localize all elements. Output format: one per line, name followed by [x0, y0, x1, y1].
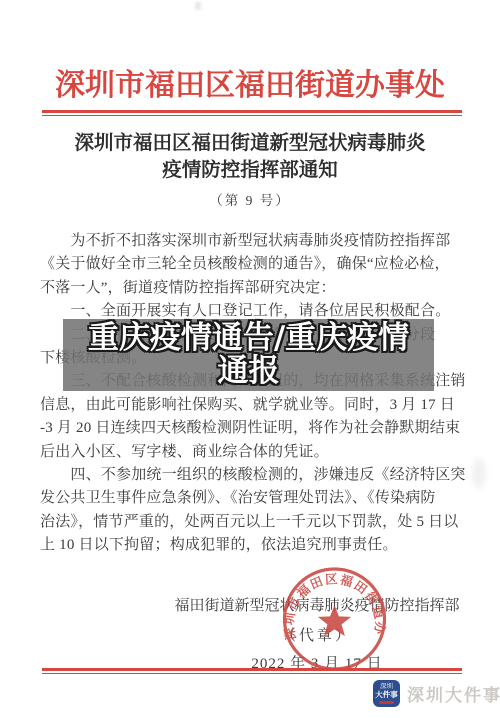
notice-number: （第 9 号）	[0, 189, 500, 209]
body-line: 《关于做好全市三轮全员核酸检测的通告》，确保“应检必检，	[40, 253, 470, 276]
body-line: -3 月 20 日连续四天核酸检测阴性证明，将作为社会静默期结束	[40, 417, 470, 440]
scan-smudge	[472, 458, 486, 488]
scan-speck	[195, 2, 201, 10]
footer-rule	[42, 668, 462, 674]
notice-title-line2: 疫情防控指挥部通知	[0, 157, 500, 184]
body-line: 为不折不扣落实深圳市新型冠状病毒肺炎疫情防控指挥部	[40, 230, 470, 253]
watermark: 深圳 大件事 深圳大件事	[373, 680, 500, 707]
body-line: 四、不参加统一组织的核酸检测的，涉嫌违反《经济特区突	[40, 464, 470, 487]
watermark-icon-redbar	[379, 701, 394, 704]
body-line: 信息，由此可能影响社保购买、就学就业等。同时，3 月 17 日	[40, 394, 470, 417]
notice-title: 深圳市福田区福田街道新型冠状病毒肺炎 疫情防控指挥部通知	[0, 130, 500, 184]
body-line: 治法》，情节严重的，处两百元以上一千元以下罚款，处 5 日以	[40, 511, 470, 534]
letterhead-rule	[42, 110, 462, 116]
body-line: 发公共卫生事件应急条例》、《治安管理处罚法》、《传染病防	[40, 487, 470, 510]
body-line: 后出入小区、写字楼、商业综合体的凭证。	[40, 441, 470, 464]
caption-overlay: 重庆疫情通告/重庆疫情通报	[63, 319, 434, 391]
watermark-label: 深圳大件事	[407, 681, 500, 706]
watermark-icon-line2: 大件事	[375, 690, 398, 699]
seal-star-icon	[318, 605, 351, 636]
caption-text: 重庆疫情通告/重庆疫情通报	[73, 322, 425, 388]
letterhead-office-name: 深圳市福田区福田街道办事处	[0, 60, 500, 104]
official-seal: 深圳市福田区福田街道办事处	[277, 563, 392, 678]
shenzhen-news-app-icon: 深圳 大件事	[373, 680, 400, 707]
document-page: 深圳市福田区福田街道办事处 深圳市福田区福田街道新型冠状病毒肺炎 疫情防控指挥部…	[0, 0, 500, 718]
notice-body: 为不折不扣落实深圳市新型冠状病毒肺炎疫情防控指挥部 《关于做好全市三轮全员核酸检…	[40, 230, 470, 558]
notice-title-line1: 深圳市福田区福田街道新型冠状病毒肺炎	[0, 130, 500, 157]
body-line: 不落一人”，街道疫情防控指挥部研究决定：	[40, 277, 470, 300]
body-line: 上 10 日以下拘留；构成犯罪的，依法追究刑事责任。	[40, 534, 470, 557]
watermark-icon-line1: 深圳	[380, 683, 393, 690]
